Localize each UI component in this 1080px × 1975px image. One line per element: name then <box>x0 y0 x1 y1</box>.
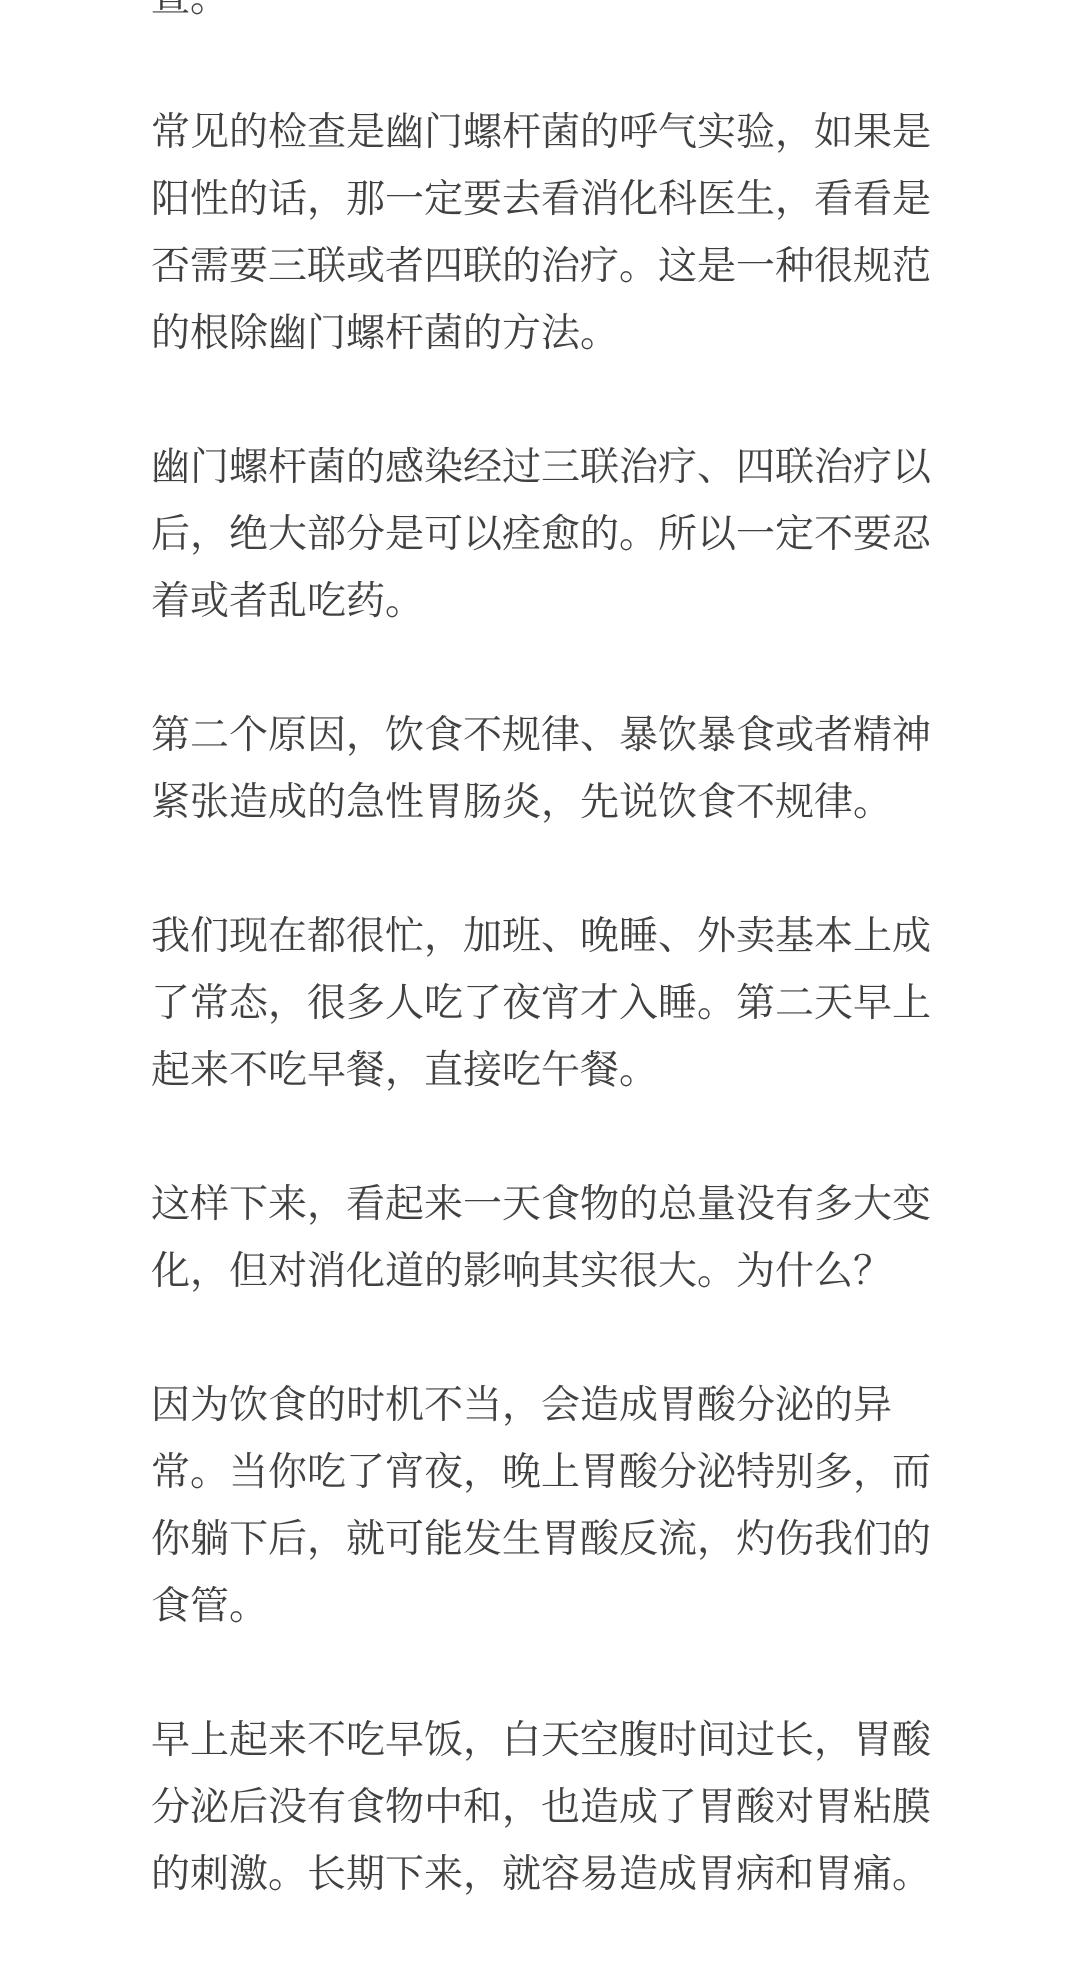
paragraph-hp-treatment-cure: 幽门螺杆菌的感染经过三联治疗、四联治疗以 后，绝大部分是可以痊愈的。所以一定不要… <box>151 434 941 635</box>
paragraph-busy-lifestyle: 我们现在都很忙，加班、晚睡、外卖基本上成 了常态，很多人吃了夜宵才入睡。第二天早… <box>151 903 941 1104</box>
paragraph-partial-top: 查。 <box>151 0 941 32</box>
paragraph-total-food-unchanged: 这样下来，看起来一天食物的总量没有多大变 化，但对消化道的影响其实很大。为什么？ <box>151 1171 941 1305</box>
paragraph-hp-breath-test: 常见的检查是幽门螺杆菌的呼气实验，如果是 阳性的话，那一定要去看消化科医生，看看… <box>151 99 941 367</box>
article-body: 查。 常见的检查是幽门螺杆菌的呼气实验，如果是 阳性的话，那一定要去看消化科医生… <box>151 0 941 1920</box>
paragraph-empty-stomach: 早上起来不吃早饭，白天空腹时间过长，胃酸 分泌后没有食物中和，也造成了胃酸对胃粘… <box>151 1707 941 1908</box>
paragraph-second-cause: 第二个原因，饮食不规律、暴饮暴食或者精神 紧张造成的急性胃肠炎，先说饮食不规律。 <box>151 702 941 836</box>
paragraph-acid-reflux: 因为饮食的时机不当，会造成胃酸分泌的异 常。当你吃了宵夜，晚上胃酸分泌特别多，而… <box>151 1372 941 1640</box>
